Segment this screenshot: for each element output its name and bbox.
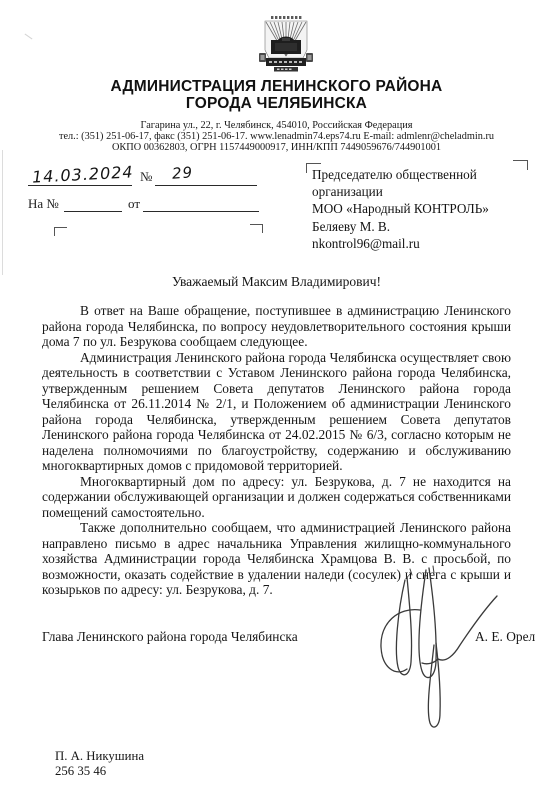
org-address-line: Гагарина ул., 22, г. Челябинск, 454010, …	[0, 120, 553, 131]
body-paragraph: Администрация Ленинского района города Ч…	[42, 350, 511, 474]
recipient-line: МОО «Народный КОНТРОЛЬ»	[312, 200, 527, 217]
recipient-line: Беляеву М. В.	[312, 218, 527, 235]
recipient-block: Председателю общественной организации МО…	[312, 166, 527, 252]
org-contacts-line: тел.: (351) 251-06-17, факс (351) 251-06…	[0, 131, 553, 142]
org-name-line2: ГОРОДА ЧЕЛЯБИНСКА	[0, 95, 553, 112]
number-underline	[155, 184, 257, 186]
org-name-line1: АДМИНИСТРАЦИЯ ЛЕНИНСКОГО РАЙОНА	[0, 78, 553, 95]
date-underline	[28, 184, 132, 186]
coat-of-arms-emblem	[258, 14, 314, 74]
executor-phone: 256 35 46	[55, 764, 106, 779]
corner-mark-right	[250, 224, 263, 233]
recipient-line: организации	[312, 183, 527, 200]
letter-page: АДМИНИСТРАЦИЯ ЛЕНИНСКОГО РАЙОНА ГОРОДА Ч…	[0, 0, 553, 810]
outgoing-number-handwritten: 29	[171, 163, 193, 182]
outgoing-date-handwritten: 14.03.2024	[32, 162, 134, 186]
reply-number-underline	[64, 210, 122, 212]
salutation: Уважаемый Максим Владимирович!	[0, 274, 553, 290]
number-sign-label: №	[140, 169, 152, 185]
reply-from-label: от	[128, 196, 140, 212]
handwritten-signature-icon	[350, 563, 510, 733]
letter-body: В ответ на Ваше обращение, поступившее в…	[42, 303, 511, 598]
scan-smudge-artifact	[25, 34, 33, 40]
reply-prefix-label: На №	[28, 196, 59, 212]
signer-position: Глава Ленинского района города Челябинск…	[42, 629, 298, 645]
body-paragraph: Многоквартирный дом по адресу: ул. Безру…	[42, 474, 511, 521]
corner-mark-left	[54, 227, 67, 236]
body-paragraph: В ответ на Ваше обращение, поступившее в…	[42, 303, 511, 350]
recipient-email: nkontrol96@mail.ru	[312, 235, 527, 252]
scan-edge-artifact	[2, 150, 3, 275]
reply-date-underline	[143, 210, 259, 212]
org-registration-line: ОКПО 00362803, ОГРН 1157449000917, ИНН/К…	[0, 142, 553, 153]
recipient-line: Председателю общественной	[312, 166, 527, 183]
executor-name: П. А. Никушина	[55, 749, 144, 764]
